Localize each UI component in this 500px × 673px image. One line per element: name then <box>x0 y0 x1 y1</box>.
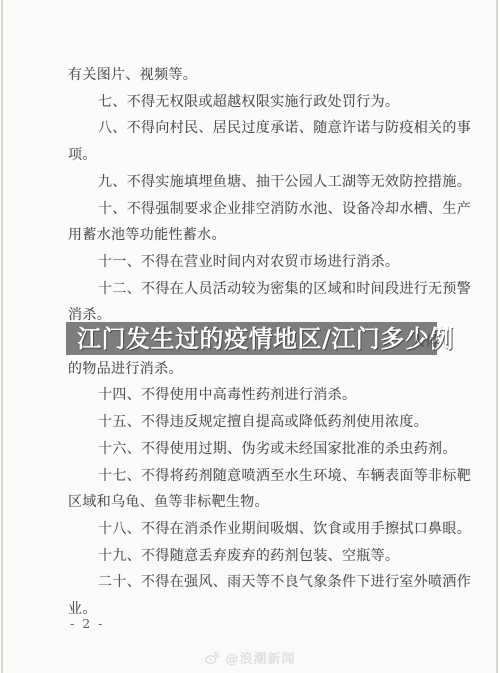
obscured-text-visible: 人体 <box>411 334 440 350</box>
weibo-icon <box>204 649 221 666</box>
text-line: 十七、不得将药剂随意喷洒至水生环境、车辆表面等非标靶 <box>68 463 458 490</box>
text-line: 九、不得实施填埋鱼塘、抽干公园人工湖等无效防控措施。 <box>68 169 458 196</box>
text-line: 八、不得向村民、居民过度承诺、随意许诺与防疫相关的事 <box>68 115 458 142</box>
text-line: 十四、不得使用中高毒性药剂进行消杀。 <box>68 382 458 409</box>
watermark: @浪潮新闻 <box>0 648 500 667</box>
text-line: 项。 <box>68 142 458 169</box>
text-line: 七、不得无权限或超越权限实施行政处罚行为。 <box>68 89 458 116</box>
text-line: 用蓄水池等功能性蓄水。 <box>68 222 458 249</box>
text-line: 十八、不得在消杀作业期间吸烟、饮食或用手擦拭口鼻眼。 <box>68 516 458 543</box>
text-line: 十五、不得违反规定擅自提高或降低药剂使用浓度。 <box>68 409 458 436</box>
text-line: 十九、不得随意丢弃废弃的药剂包装、空瓶等。 <box>68 543 458 570</box>
text-line: 十二、不得在人员活动较为密集的区域和时间段进行无预警 <box>68 276 458 303</box>
document-page: 有关图片、视频等。 七、不得无权限或超越权限实施行政处罚行为。 八、不得向村民、… <box>0 0 500 673</box>
headline-banner: 江门发生过的疫情地区/江门多少例 <box>66 322 437 355</box>
page-edge-left <box>1 0 3 673</box>
text-line: 业。 <box>68 596 458 623</box>
page-number: - 2 - <box>70 616 104 631</box>
text-line: 有关图片、视频等。 <box>68 62 458 89</box>
headline-text: 江门发生过的疫情地区/江门多少例 <box>77 327 454 351</box>
text-line: 十一、不得在营业时间内对农贸市场进行消杀。 <box>68 249 458 276</box>
text-line: 十、不得强制要求企业排空消防水池、设备冷却水槽、生产 <box>68 196 458 223</box>
text-line: 的物品进行消杀。 <box>68 356 458 383</box>
text-line: 十六、不得使用过期、伪劣或未经国家批准的杀虫药剂。 <box>68 436 458 463</box>
text-line: 二十、不得在强风、雨天等不良气象条件下进行室外喷洒作 <box>68 569 458 596</box>
page-edge-right <box>496 0 498 673</box>
text-line: 区域和乌龟、鱼等非标靶生物。 <box>68 489 458 516</box>
watermark-text: @浪潮新闻 <box>225 648 295 667</box>
